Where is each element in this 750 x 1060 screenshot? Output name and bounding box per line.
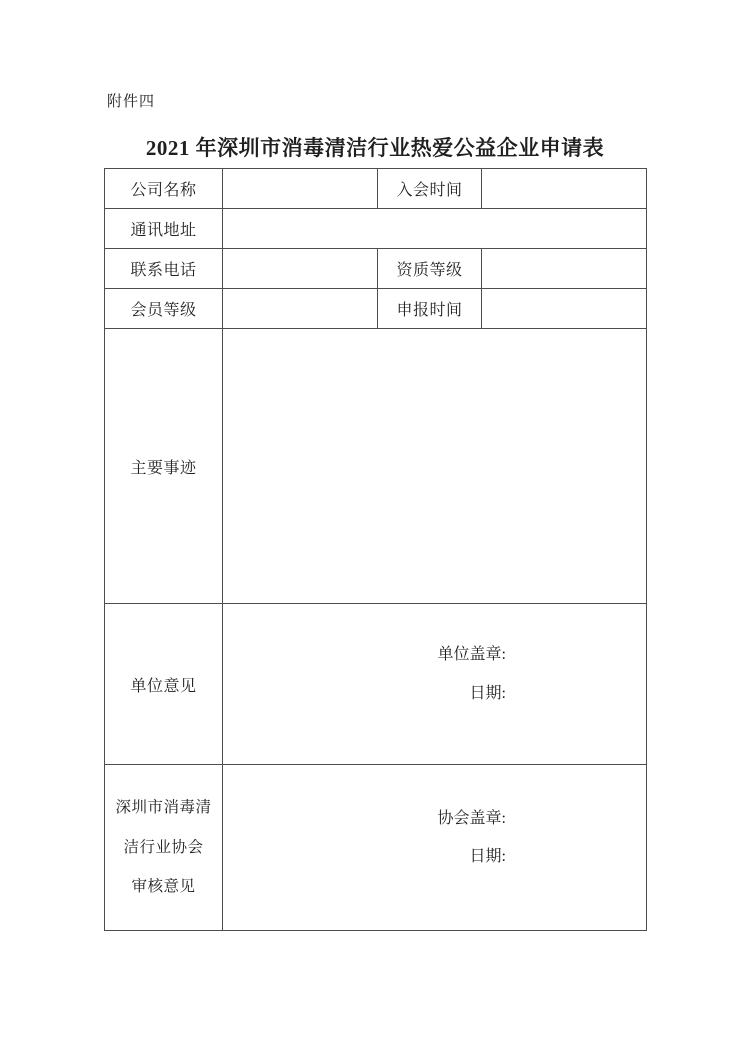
apply-time-label: 申报时间 [378,289,482,329]
form-title: 2021 年深圳市消毒清洁行业热爱公益企业申请表 [104,132,646,162]
main-deeds-value-cell [223,329,647,604]
row-phone-qualification: 联系电话 资质等级 [105,249,647,289]
association-seal-block: 协会盖章: 日期: [438,810,506,866]
address-label: 通讯地址 [105,209,223,249]
company-name-label: 公司名称 [105,169,223,209]
join-time-value-cell [482,169,647,209]
application-form-table: 公司名称 入会时间 通讯地址 联系电话 资质等级 会员等级 申报时间 主要事迹 … [104,168,647,931]
row-main-deeds: 主要事迹 [105,329,647,604]
unit-seal-block: 单位盖章: 日期: [438,646,506,702]
row-association-review: 深圳市消毒清 洁行业协会 审核意见 协会盖章: 日期: [105,765,647,931]
association-review-label: 深圳市消毒清 洁行业协会 审核意见 [105,765,223,931]
company-name-value-cell [223,169,378,209]
member-grade-label: 会员等级 [105,289,223,329]
row-grade-apply: 会员等级 申报时间 [105,289,647,329]
phone-label: 联系电话 [105,249,223,289]
row-address: 通讯地址 [105,209,647,249]
unit-seal-label: 单位盖章: [438,646,506,664]
row-company-join: 公司名称 入会时间 [105,169,647,209]
association-seal-label: 协会盖章: [438,810,506,828]
apply-time-value-cell [482,289,647,329]
address-value-cell [223,209,647,249]
unit-opinion-label: 单位意见 [105,604,223,765]
qualification-value-cell [482,249,647,289]
association-review-seal-cell: 协会盖章: 日期: [223,765,647,931]
association-date-label: 日期: [438,848,506,866]
attachment-number-label: 附件四 [107,90,155,111]
qualification-label: 资质等级 [378,249,482,289]
unit-date-label: 日期: [438,685,506,703]
row-unit-opinion: 单位意见 单位盖章: 日期: [105,604,647,765]
join-time-label: 入会时间 [378,169,482,209]
unit-opinion-seal-cell: 单位盖章: 日期: [223,604,647,765]
member-grade-value-cell [223,289,378,329]
phone-value-cell [223,249,378,289]
main-deeds-label: 主要事迹 [105,329,223,604]
